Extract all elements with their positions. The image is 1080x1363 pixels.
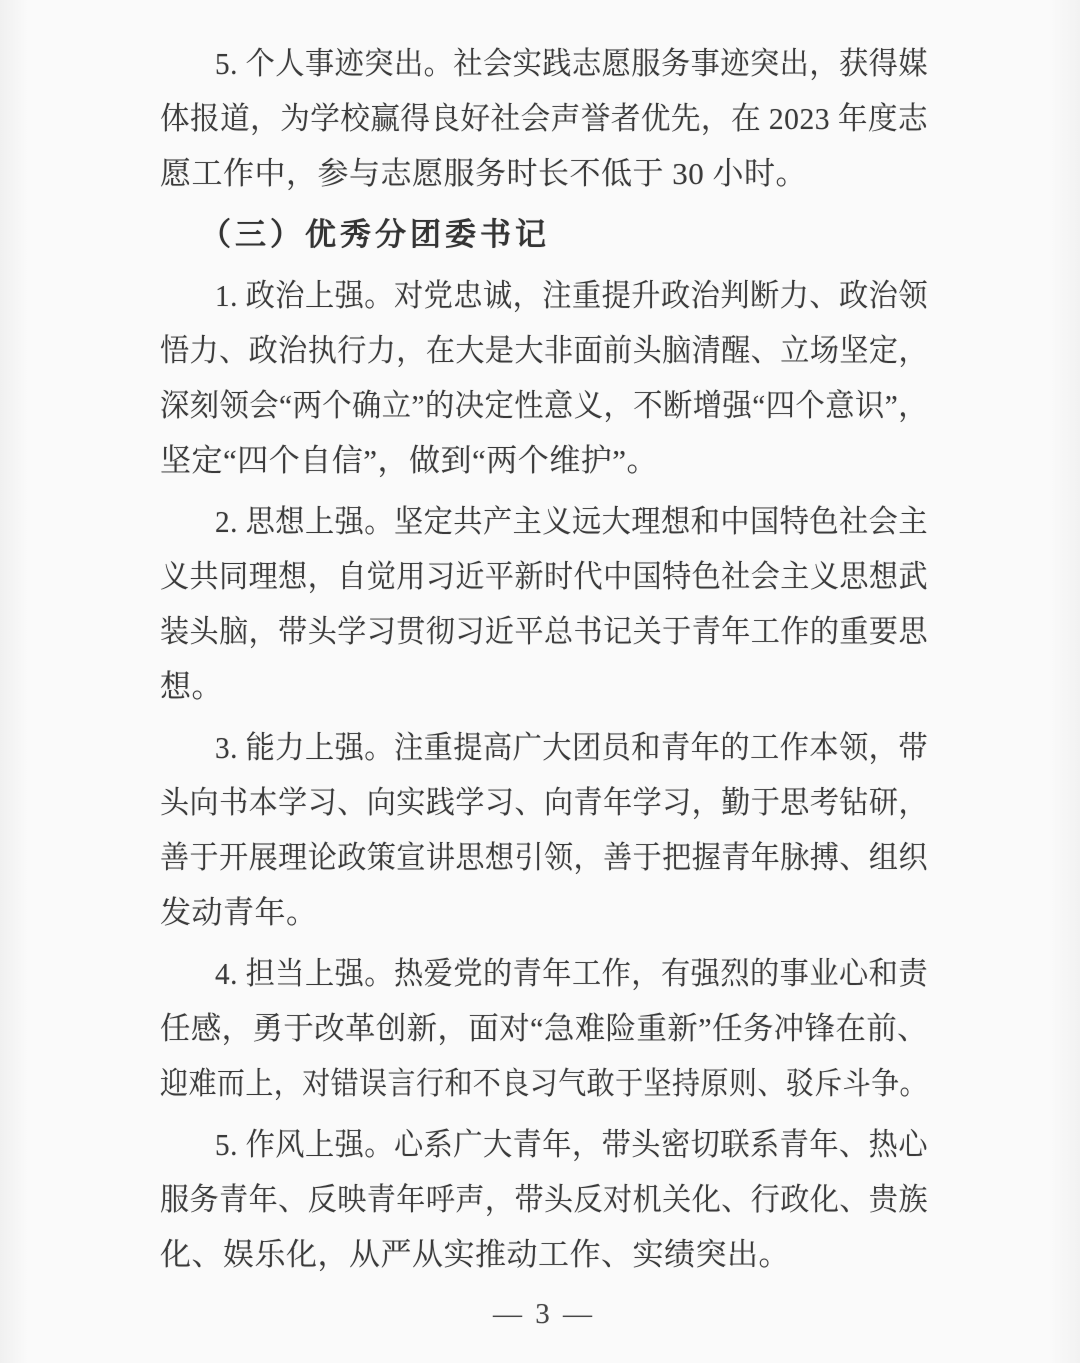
text-line: 5. 作风上强。心系广大青年，带头密切联系青年、热心: [160, 1117, 928, 1172]
text-line: 悟力、政治执行力，在大是大非面前头脑清醒、立场坚定，: [160, 323, 928, 378]
text-line: 想。: [160, 659, 928, 714]
text-line: 义共同理想，自觉用习近平新时代中国特色社会主义思想武: [160, 549, 928, 604]
text-line: 装头脑，带头学习贯彻习近平总书记关于青年工作的重要思: [160, 604, 928, 659]
paragraph-political-strength: 1. 政治上强。对党忠诚，注重提升政治判断力、政治领 悟力、政治执行力，在大是大…: [160, 268, 928, 488]
page-number: — 3 —: [160, 1290, 928, 1338]
section-heading: （三）优秀分团委书记: [160, 207, 928, 262]
text-line: 2. 思想上强。坚定共产主义远大理想和中国特色社会主: [160, 494, 928, 549]
paragraph-ability-strength: 3. 能力上强。注重提高广大团员和青年的工作本领，带 头向书本学习、向实践学习、…: [160, 720, 928, 940]
text-line: 愿工作中，参与志愿服务时长不低于 30 小时。: [160, 146, 928, 201]
text-line: 体报道，为学校赢得良好社会声誉者优先，在 2023 年度志: [160, 91, 928, 146]
document-body: 5. 个人事迹突出。社会实践志愿服务事迹突出，获得媒 体报道，为学校赢得良好社会…: [160, 36, 928, 1338]
text-line: 迎难而上，对错误言行和不良习气敢于坚持原则、驳斥斗争。: [160, 1056, 928, 1111]
text-line: 头向书本学习、向实践学习、向青年学习，勤于思考钻研，: [160, 775, 928, 830]
paragraph-volunteer-criteria: 5. 个人事迹突出。社会实践志愿服务事迹突出，获得媒 体报道，为学校赢得良好社会…: [160, 36, 928, 201]
text-line: 坚定“四个自信”，做到“两个维护”。: [160, 433, 928, 488]
text-line: 发动青年。: [160, 885, 928, 940]
paragraph-responsibility-strength: 4. 担当上强。热爱党的青年工作，有强烈的事业心和责 任感，勇于改革创新，面对“…: [160, 946, 928, 1111]
text-line: 化、娱乐化，从严从实推动工作、实绩突出。: [160, 1227, 928, 1282]
text-line: 5. 个人事迹突出。社会实践志愿服务事迹突出，获得媒: [160, 36, 928, 91]
text-line: 3. 能力上强。注重提高广大团员和青年的工作本领，带: [160, 720, 928, 775]
text-line: 4. 担当上强。热爱党的青年工作，有强烈的事业心和责: [160, 946, 928, 1001]
paragraph-ideology-strength: 2. 思想上强。坚定共产主义远大理想和中国特色社会主 义共同理想，自觉用习近平新…: [160, 494, 928, 714]
text-line: 任感，勇于改革创新，面对“急难险重新”任务冲锋在前、: [160, 1001, 928, 1056]
section-heading-block: （三）优秀分团委书记: [160, 207, 928, 262]
text-line: 1. 政治上强。对党忠诚，注重提升政治判断力、政治领: [160, 268, 928, 323]
text-line: 善于开展理论政策宣讲思想引领，善于把握青年脉搏、组织: [160, 830, 928, 885]
paragraph-workstyle-strength: 5. 作风上强。心系广大青年，带头密切联系青年、热心 服务青年、反映青年呼声，带…: [160, 1117, 928, 1282]
document-page: 5. 个人事迹突出。社会实践志愿服务事迹突出，获得媒 体报道，为学校赢得良好社会…: [0, 0, 1080, 1363]
text-line: 深刻领会“两个确立”的决定性意义，不断增强“四个意识”，: [160, 378, 928, 433]
text-line: 服务青年、反映青年呼声，带头反对机关化、行政化、贵族: [160, 1172, 928, 1227]
